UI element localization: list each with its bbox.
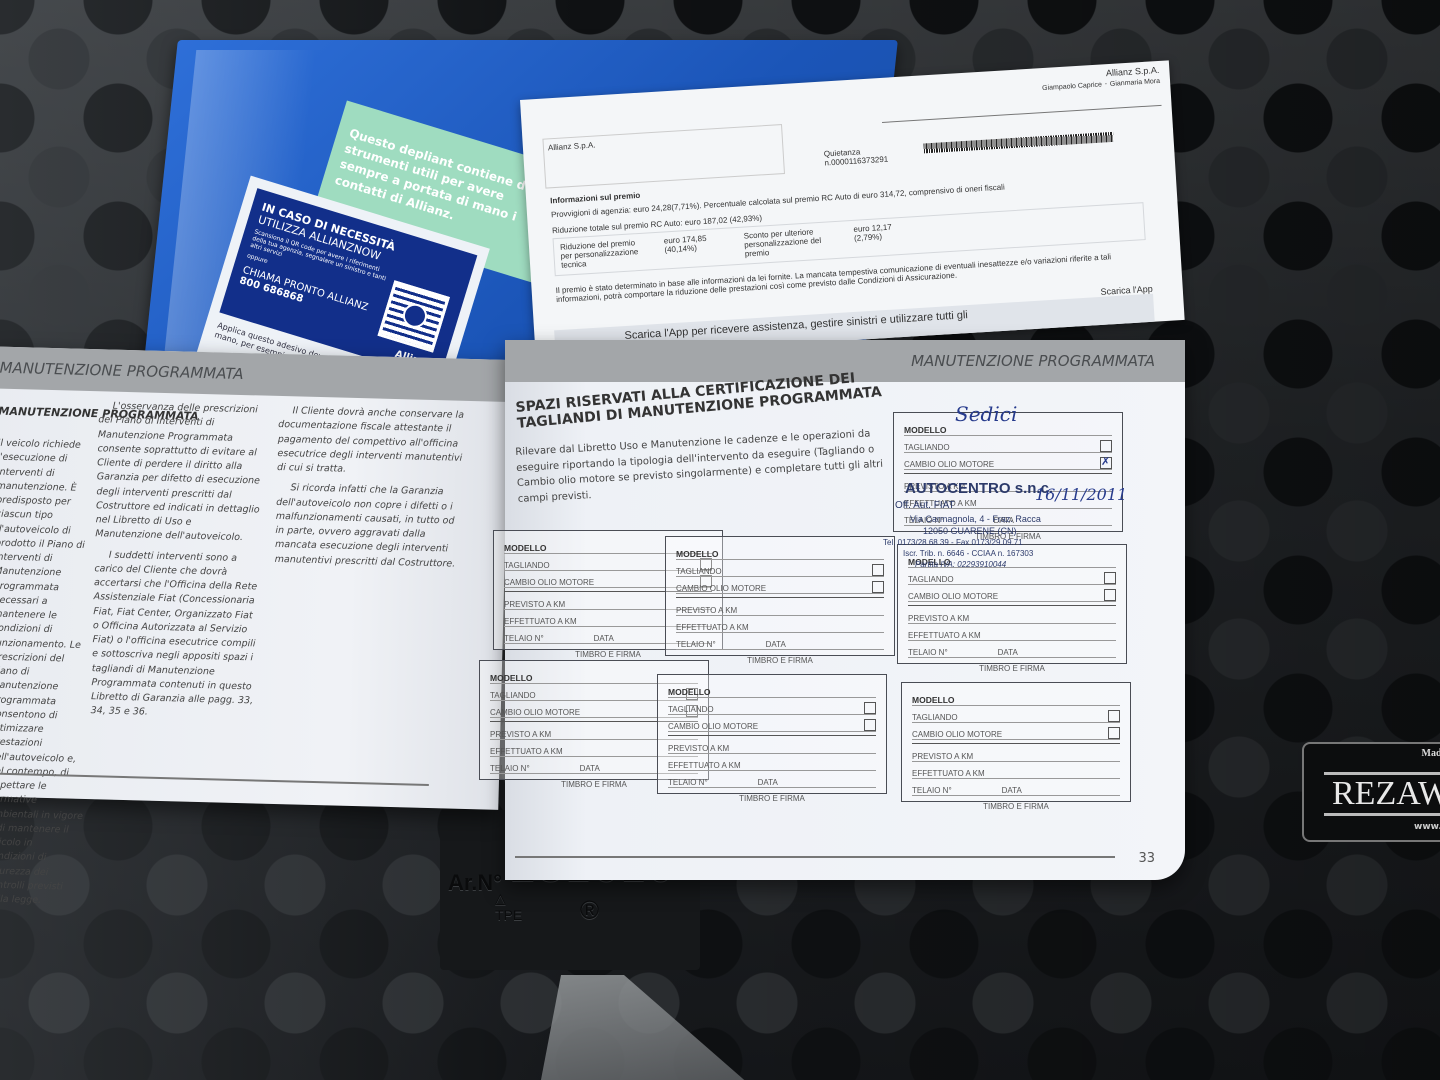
stamp-tel: Tel. 0173/28.68.39 - Fax 0173/29.09.71 bbox=[883, 538, 1023, 547]
badge-www: www. bbox=[1414, 822, 1440, 832]
handwritten-modello: Sedici bbox=[955, 402, 1017, 426]
left-col-3: Il Cliente dovrà anche conservare la doc… bbox=[274, 404, 468, 578]
left-col-2: L'osservanza delle prescrizioni del Pian… bbox=[90, 399, 263, 729]
tagliando-checkbox[interactable] bbox=[864, 702, 876, 714]
rezaw-badge: Made REZAW www. bbox=[1302, 742, 1440, 842]
page-number: 33 bbox=[1138, 851, 1155, 866]
allianz-receipt: Allianz S.p.A.Giampaolo Caprice · Gianma… bbox=[520, 60, 1185, 359]
maintenance-coupon[interactable]: MODELLOTAGLIANDOCAMBIO OLIO MOTOREPREVIS… bbox=[665, 536, 895, 656]
cambio-olio-checkbox[interactable] bbox=[872, 581, 884, 593]
maintenance-coupon[interactable]: MODELLOTAGLIANDOCAMBIO OLIO MOTOREPREVIS… bbox=[657, 674, 887, 794]
booklet-right-page: MANUTENZIONE PROGRAMMATA SPAZI RISERVATI… bbox=[505, 340, 1185, 880]
tagliando-checkbox[interactable] bbox=[1108, 710, 1120, 722]
receipt-signature-box: Allianz S.p.A. bbox=[542, 124, 785, 189]
badge-brand: REZAW bbox=[1324, 772, 1440, 816]
tagliando-checkbox[interactable] bbox=[872, 564, 884, 576]
stamp-city: 12050 GUARENE (CN) bbox=[923, 526, 1017, 536]
cambio-olio-checkbox[interactable] bbox=[864, 719, 876, 731]
badge-made: Made bbox=[1422, 748, 1440, 759]
cambio-olio-checkbox[interactable] bbox=[1108, 727, 1120, 739]
maintenance-booklet: MANUTENZIONE PROGRAMMATA MANUTENZIONE PR… bbox=[0, 340, 1210, 900]
stamp-iscr: Iscr. Trib. n. 6646 - CCIAA n. 167303 bbox=[903, 549, 1033, 558]
cambio-olio-checkbox[interactable] bbox=[1104, 589, 1116, 601]
stamp-address: Via Carmagnola, 4 - Fraz. Racca bbox=[910, 514, 1041, 524]
left-side-text: Il veicolo richiede l'esecuzione di inte… bbox=[0, 437, 93, 910]
barcode-icon bbox=[923, 132, 1113, 154]
tagliando-checkbox[interactable] bbox=[1104, 572, 1116, 584]
left-page-header: MANUTENZIONE PROGRAMMATA bbox=[0, 346, 510, 402]
stamp-name: AUTOCENTRO s.n.c. bbox=[905, 480, 1053, 497]
cambio-olio-checkbox[interactable]: ✗ bbox=[1100, 457, 1112, 469]
quietanza: Quietanzan.0000116373291 bbox=[824, 146, 889, 168]
premio-title: Informazioni sul premio bbox=[550, 191, 641, 205]
booklet-left-page: MANUTENZIONE PROGRAMMATA MANUTENZIONE PR… bbox=[0, 346, 510, 809]
stamp-piva: Partita IVA: 02293910044 bbox=[915, 560, 1006, 569]
handwritten-date: 16/11/2011 bbox=[1035, 485, 1127, 504]
tagliando-checkbox[interactable] bbox=[1100, 440, 1112, 452]
maintenance-coupon[interactable]: MODELLOTAGLIANDOCAMBIO OLIO MOTOREPREVIS… bbox=[901, 682, 1131, 802]
right-page-intro: Rilevare dal Libretto Uso e Manutenzione… bbox=[515, 425, 898, 507]
right-footline bbox=[515, 856, 1115, 858]
stamp-line2: Off. Aut. FIAT bbox=[895, 500, 955, 511]
